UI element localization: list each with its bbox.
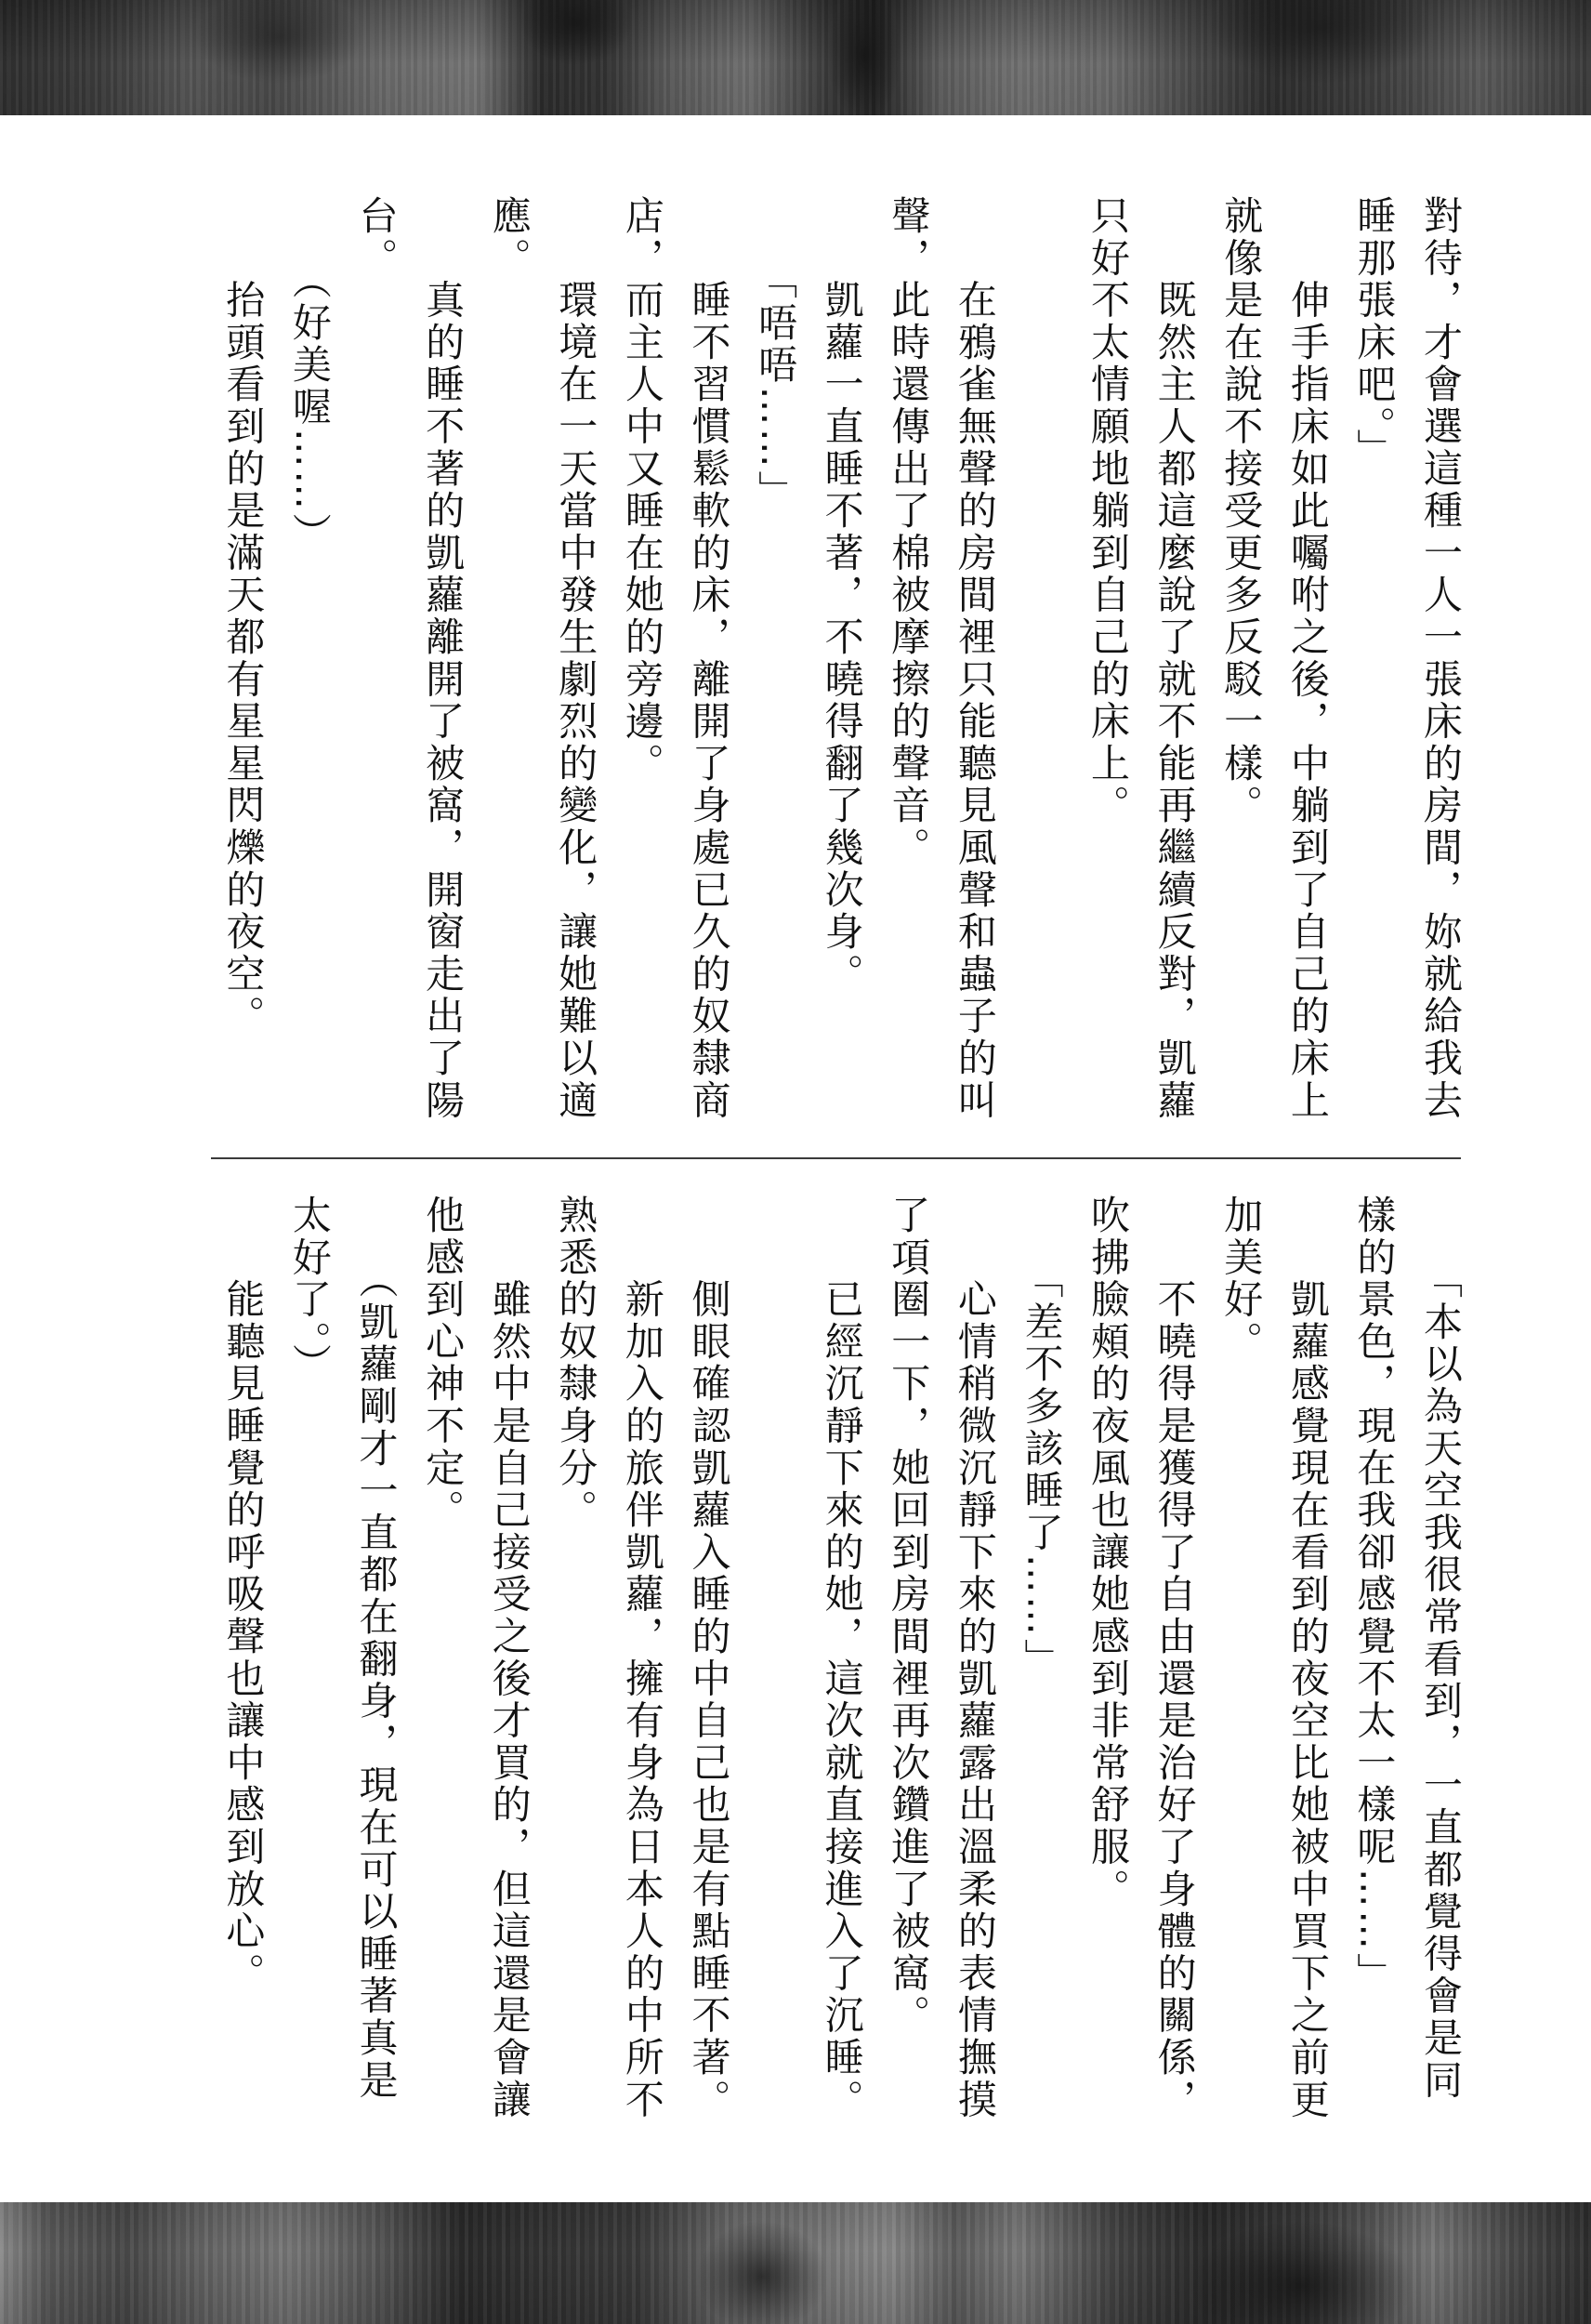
text-column: 對待，才會選這種一人一張床的房間，妳就給我去: [1407, 195, 1474, 1125]
text-column: 伸手指床如此囑咐之後，中躺到了自己的床上: [1274, 195, 1341, 1125]
text-column: 環境在一天當中發生劇烈的變化，讓她難以適: [543, 195, 610, 1125]
text-column: 了項圈一下，她回到房間裡再次鑽進了被窩。: [875, 1195, 942, 2124]
text-column: 「本以為天空我很常看到，一直都覺得會是同: [1407, 1195, 1474, 2124]
text-column: 只好不太情願地躺到自己的床上。: [1074, 195, 1141, 1125]
text-column: 店，而主人中又睡在她的旁邊。: [609, 195, 676, 1125]
text-column: 吹拂臉頰的夜風也讓她感到非常舒服。: [1074, 1195, 1141, 2124]
text-column: 太好了。）: [276, 1195, 343, 2124]
text-section-bottom: 「本以為天空我很常看到，一直都覺得會是同 樣的景色，現在我卻感覺不太一樣呢……」…: [210, 1195, 1474, 2124]
text-column: 台。: [343, 195, 410, 1125]
text-column: 睡不習慣鬆軟的床，離開了身處已久的奴隸商: [676, 195, 743, 1125]
text-column: 抬頭看到的是滿天都有星星閃爍的夜空。: [210, 195, 277, 1125]
text-column: 側眼確認凱蘿入睡的中自己也是有點睡不著。: [676, 1195, 743, 2124]
text-column: 在鴉雀無聲的房間裡只能聽見風聲和蟲子的叫: [941, 195, 1008, 1125]
text-column: 不曉得是獲得了自由還是治好了身體的關係，: [1141, 1195, 1208, 2124]
text-column: 就像是在說不接受更多反駁一樣。: [1208, 195, 1275, 1125]
text-column: 新加入的旅伴凱蘿，擁有身為日本人的中所不: [609, 1195, 676, 2124]
text-column: 樣的景色，現在我卻感覺不太一樣呢……」: [1341, 1195, 1408, 2124]
text-column: 睡那張床吧。」: [1341, 195, 1408, 1125]
decorative-ink-border-bottom: [0, 2202, 1591, 2324]
text-column: 真的睡不著的凱蘿離開了被窩，開窗走出了陽: [410, 195, 477, 1125]
text-column: 「差不多該睡了……」: [1008, 1195, 1075, 2124]
text-column: 熟悉的奴隸身分。: [543, 1195, 610, 2124]
text-column: 既然主人都這麼說了就不能再繼續反對，凱蘿: [1141, 195, 1208, 1125]
text-column: 加美好。: [1208, 1195, 1275, 2124]
text-column: 他感到心神不定。: [410, 1195, 477, 2124]
text-column: 聲，此時還傳出了棉被摩擦的聲音。: [875, 195, 942, 1125]
text-column: 凱蘿一直睡不著，不曉得翻了幾次身。: [809, 195, 875, 1125]
section-divider: [211, 1157, 1461, 1159]
text-column: （凱蘿剛才一直都在翻身，現在可以睡著真是: [343, 1195, 410, 2124]
text-column: 雖然中是自己接受之後才買的，但這還是會讓: [476, 1195, 543, 2124]
text-column: 心情稍微沉靜下來的凱蘿露出溫柔的表情撫摸: [941, 1195, 1008, 2124]
text-column: 已經沉靜下來的她，這次就直接進入了沉睡。: [809, 1195, 875, 2124]
blank-column: [742, 1195, 809, 2124]
text-column: 凱蘿感覺現在看到的夜空比她被中買下之前更: [1274, 1195, 1341, 2124]
text-section-top: 對待，才會選這種一人一張床的房間，妳就給我去 睡那張床吧。」 伸手指床如此囑咐之…: [210, 195, 1474, 1125]
text-column: （好美喔……）: [276, 195, 343, 1125]
decorative-ink-border-top: [0, 0, 1591, 115]
text-column: 「唔唔……」: [742, 195, 809, 1125]
blank-column: [1008, 195, 1075, 1125]
text-column: 應。: [476, 195, 543, 1125]
text-column: 能聽見睡覺的呼吸聲也讓中感到放心。: [210, 1195, 277, 2124]
